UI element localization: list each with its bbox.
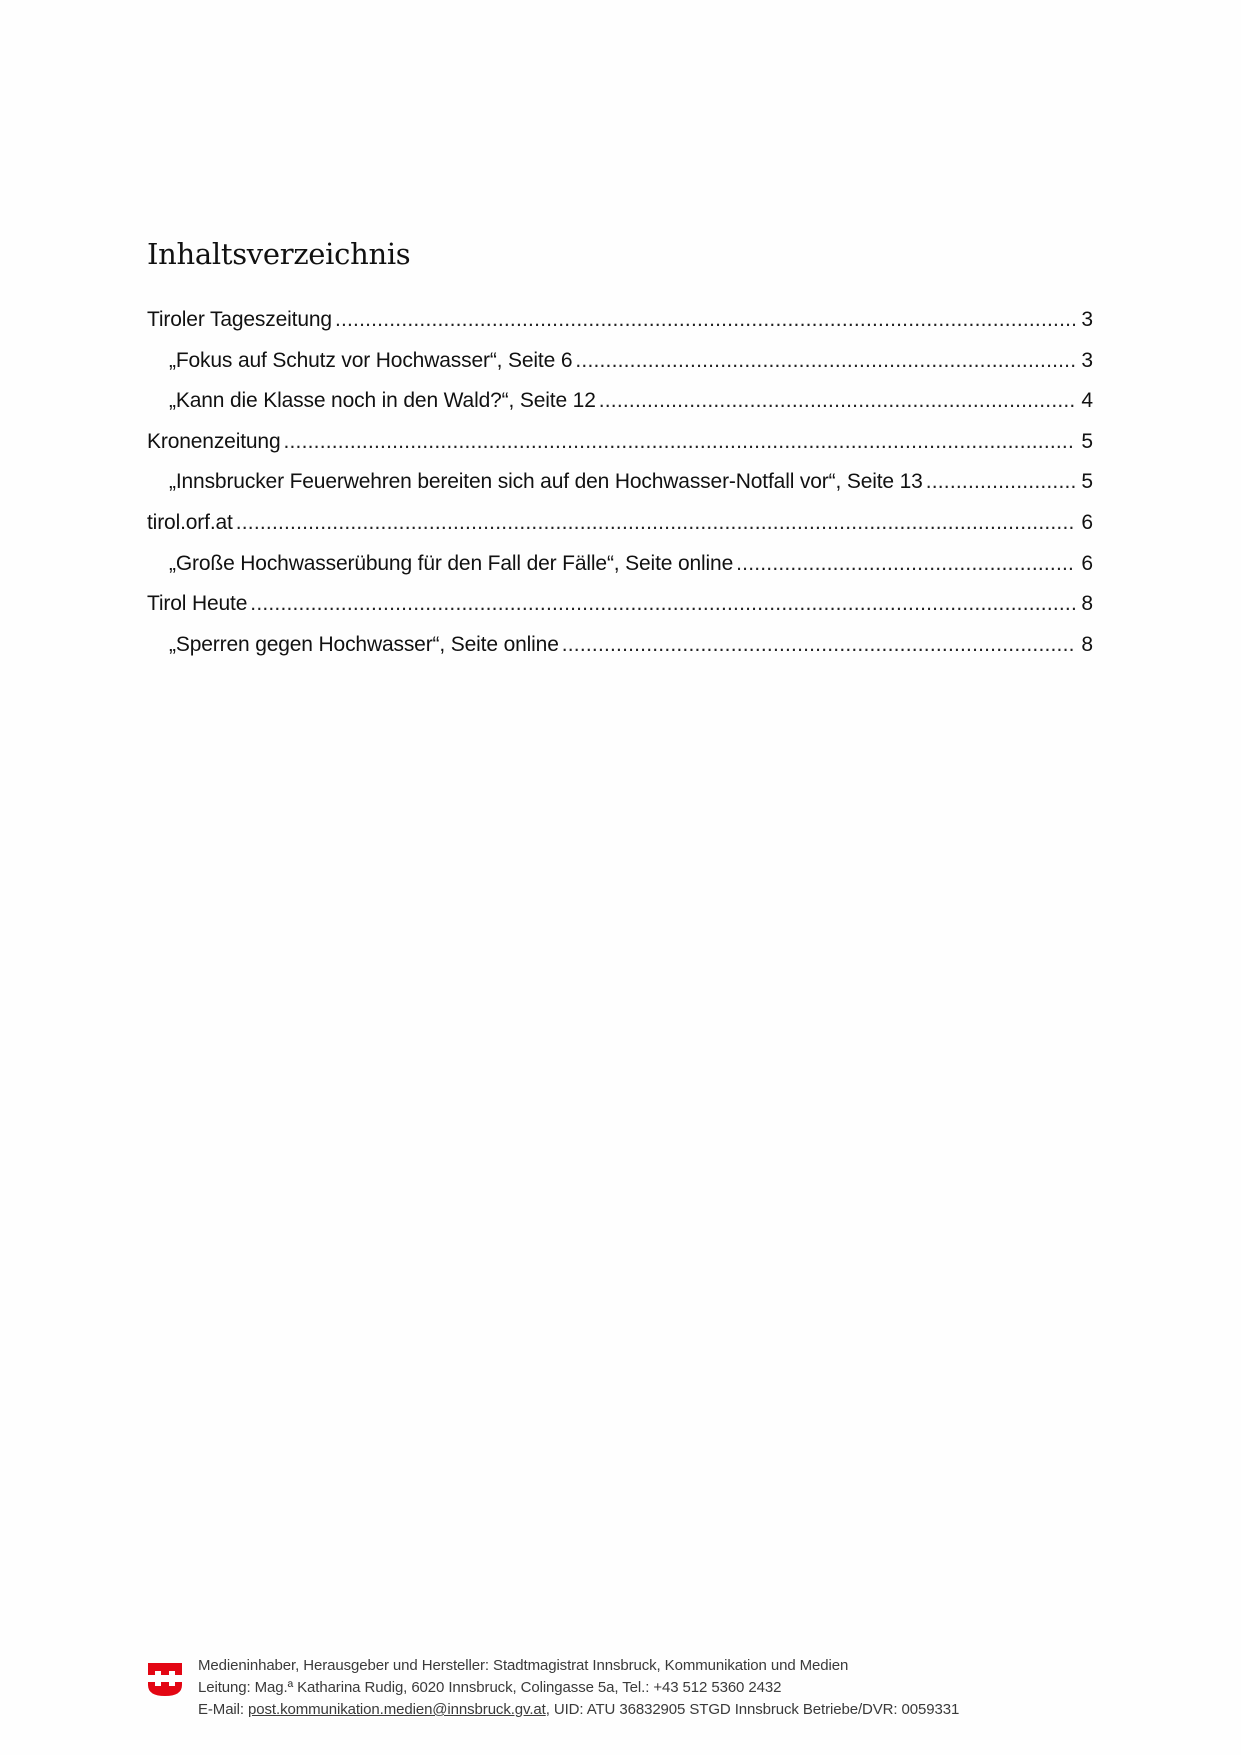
toc-entry-label: tirol.orf.at bbox=[147, 509, 236, 537]
dot-leader bbox=[926, 468, 1075, 496]
toc-entry[interactable]: Kronenzeitung 5 bbox=[147, 428, 1093, 469]
dot-leader bbox=[736, 550, 1075, 578]
publisher-imprint: Medieninhaber, Herausgeber und Herstelle… bbox=[198, 1655, 959, 1721]
toc-entry[interactable]: Tiroler Tageszeitung 3 bbox=[147, 306, 1093, 347]
toc-entry-label: Kronenzeitung bbox=[147, 428, 283, 456]
dot-leader bbox=[575, 347, 1075, 375]
dot-leader bbox=[236, 509, 1075, 537]
toc-entry-page: 3 bbox=[1075, 347, 1093, 375]
toc-title: Inhaltsverzeichnis bbox=[147, 234, 410, 274]
toc-entry-page: 5 bbox=[1075, 468, 1093, 496]
toc-entry-page: 3 bbox=[1075, 306, 1093, 334]
page-footer: Medieninhaber, Herausgeber und Herstelle… bbox=[148, 1655, 1088, 1725]
toc-entry-label: „Sperren gegen Hochwasser“, Seite online bbox=[169, 631, 562, 659]
table-of-contents: Tiroler Tageszeitung 3 „Fokus auf Schutz… bbox=[147, 306, 1093, 671]
toc-entry-page: 8 bbox=[1075, 590, 1093, 618]
toc-entry-label: „Fokus auf Schutz vor Hochwasser“, Seite… bbox=[169, 347, 575, 375]
toc-entry[interactable]: „Sperren gegen Hochwasser“, Seite online… bbox=[147, 631, 1093, 672]
document-page: Inhaltsverzeichnis Tiroler Tageszeitung … bbox=[0, 0, 1241, 1755]
imprint-line-publisher: Medieninhaber, Herausgeber und Herstelle… bbox=[198, 1655, 959, 1677]
dot-leader bbox=[283, 428, 1075, 456]
imprint-ids: , UID: ATU 36832905 STGD Innsbruck Betri… bbox=[546, 1701, 960, 1718]
imprint-line-contact: E-Mail: post.kommunikation.medien@innsbr… bbox=[198, 1699, 959, 1721]
toc-entry-label: Tiroler Tageszeitung bbox=[147, 306, 335, 334]
dot-leader bbox=[250, 590, 1075, 618]
toc-entry-label: „Große Hochwasserübung für den Fall der … bbox=[169, 550, 736, 578]
innsbruck-city-logo-icon bbox=[148, 1661, 182, 1697]
email-label: E-Mail: bbox=[198, 1701, 248, 1718]
dot-leader bbox=[335, 306, 1075, 334]
email-link[interactable]: post.kommunikation.medien@innsbruck.gv.a… bbox=[248, 1701, 546, 1718]
toc-entry-label: Tirol Heute bbox=[147, 590, 250, 618]
toc-entry-page: 8 bbox=[1075, 631, 1093, 659]
toc-entry[interactable]: „Innsbrucker Feuerwehren bereiten sich a… bbox=[147, 468, 1093, 509]
imprint-line-management: Leitung: Mag.ª Katharina Rudig, 6020 Inn… bbox=[198, 1677, 959, 1699]
toc-entry-label: „Kann die Klasse noch in den Wald?“, Sei… bbox=[169, 387, 599, 415]
dot-leader bbox=[562, 631, 1075, 659]
toc-entry-page: 6 bbox=[1075, 550, 1093, 578]
toc-entry[interactable]: „Kann die Klasse noch in den Wald?“, Sei… bbox=[147, 387, 1093, 428]
toc-entry-page: 4 bbox=[1075, 387, 1093, 415]
toc-entry[interactable]: Tirol Heute 8 bbox=[147, 590, 1093, 631]
toc-entry[interactable]: „Große Hochwasserübung für den Fall der … bbox=[147, 550, 1093, 591]
toc-entry-page: 5 bbox=[1075, 428, 1093, 456]
toc-entry-label: „Innsbrucker Feuerwehren bereiten sich a… bbox=[169, 468, 926, 496]
dot-leader bbox=[599, 387, 1075, 415]
toc-entry-page: 6 bbox=[1075, 509, 1093, 537]
toc-entry[interactable]: tirol.orf.at 6 bbox=[147, 509, 1093, 550]
toc-entry[interactable]: „Fokus auf Schutz vor Hochwasser“, Seite… bbox=[147, 347, 1093, 388]
